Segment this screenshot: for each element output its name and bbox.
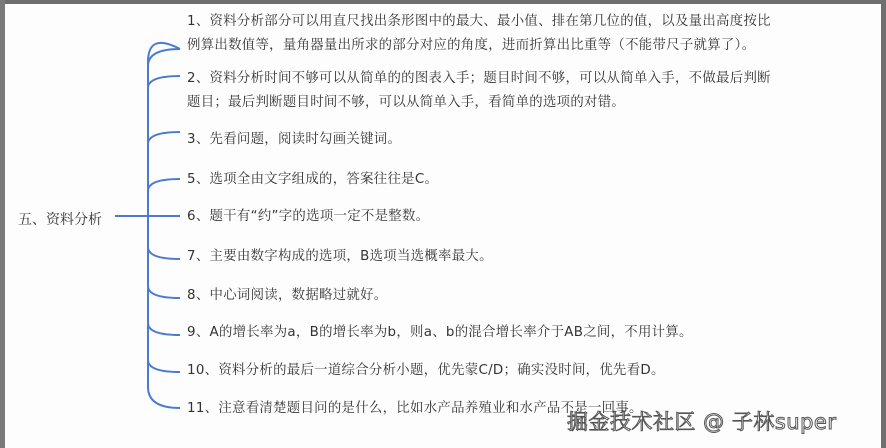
branch-item-text: 题目；最后判断题目时间不够，可以从简单入手，看简单的选项的对错。 [187,91,771,115]
branch-item-7[interactable]: 7、主要由数字构成的选项，B选项当选概率最大。 [187,245,493,269]
branch-item-2[interactable]: 2、资料分析时间不够可以从简单的的图表入手；题目时间不够，可以从简单入手，不做最… [187,67,771,115]
branch-item-5[interactable]: 5、选项全由文字组成的，答案往往是C。 [187,168,438,192]
branch-item-text: 例算出数值等，量角器量出所求的部分对应的角度，进而折算出比重等（不能带尺子就算了… [187,34,771,58]
branch-item-1[interactable]: 1、资料分析部分可以用直尺找出条形图中的最大、最小值、排在第几位的值，以及量出高… [187,10,771,58]
branch-item-10[interactable]: 10、资料分析的最后一道综合分析小题，优先蒙C/D；确实没时间，优先看D。 [187,359,665,383]
branch-item-text: 1、资料分析部分可以用直尺找出条形图中的最大、最小值、排在第几位的值，以及量出高… [187,10,771,34]
branch-item-8[interactable]: 8、中心词阅读，数据略过就好。 [187,284,388,308]
branch-item-6[interactable]: 6、题干有“约”字的选项一定不是整数。 [187,205,429,229]
branch-item-text: 2、资料分析时间不够可以从简单的的图表入手；题目时间不够，可以从简单入手，不做最… [187,67,771,91]
root-node[interactable]: 五、资料分析 [18,210,102,230]
watermark-brand: 掘金技术社区 @ 子林super [567,406,836,436]
mindmap-canvas: 五、资料分析 1、资料分析部分可以用直尺找出条形图中的最大、最小值、排在第几位的… [5,4,881,448]
branch-item-9[interactable]: 9、A的增长率为a，B的增长率为b，则a、b的混合增长率介于AB之间，不用计算。 [187,321,693,345]
branch-item-3[interactable]: 3、先看问题，阅读时勾画关键词。 [187,128,401,152]
